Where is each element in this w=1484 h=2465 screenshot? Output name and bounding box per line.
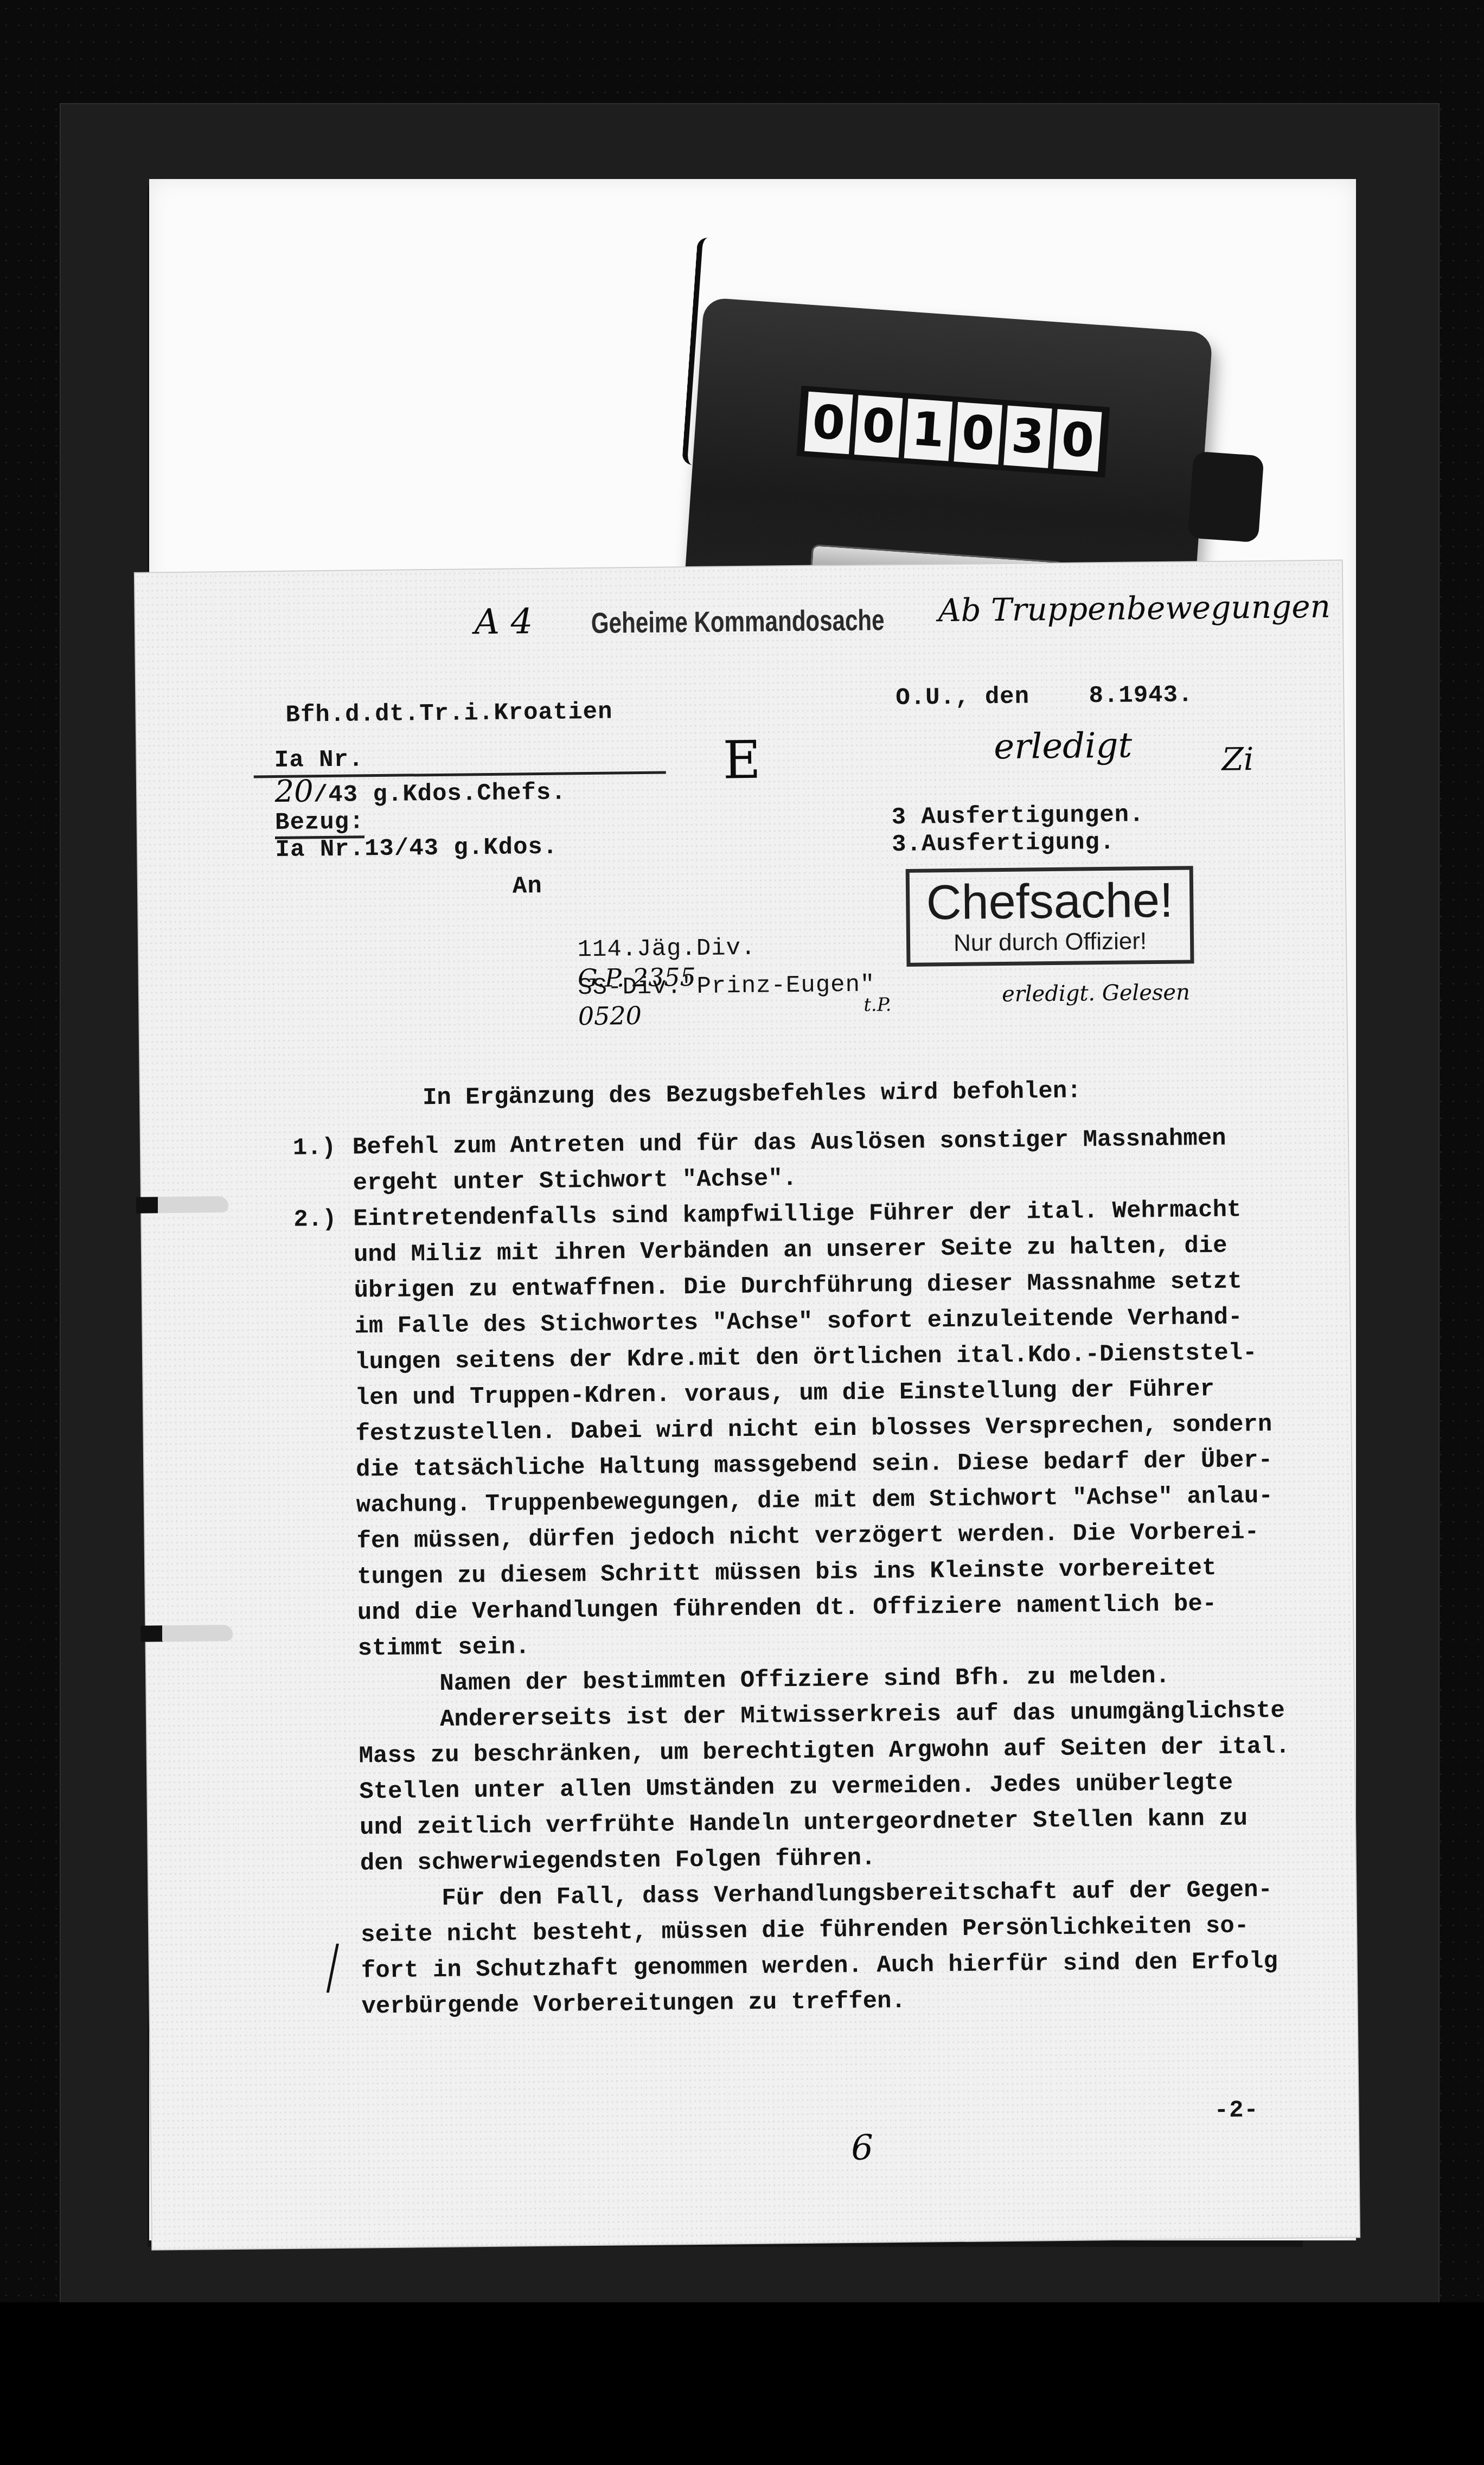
counter-digit: 0	[954, 402, 1002, 464]
file-mark: A 4	[474, 602, 533, 642]
paper-clip-icon	[140, 1625, 233, 1642]
counter-digit: 0	[804, 392, 853, 454]
body-line-text: und die Verhandlungen führenden dt. Offi…	[357, 1591, 1217, 1627]
copies-total: 3 Ausfertigungen.	[891, 801, 1144, 831]
copies-this: 3.Ausfertigung.	[892, 829, 1115, 858]
addressee-label: An	[513, 873, 542, 901]
body-line-text: übrigen zu entwaffnen. Die Durchführung …	[354, 1268, 1242, 1304]
counter-cable	[682, 237, 719, 466]
counter-digit: 0	[1053, 409, 1102, 471]
counter-digit: 3	[1003, 406, 1052, 468]
reference-prefix: Ia Nr.	[274, 746, 364, 774]
body-text: 1.)Befehl zum Antreten und für das Auslö…	[353, 1120, 1338, 2025]
body-line-text: len und Truppen-Kdren. voraus, um die Ei…	[355, 1376, 1215, 1412]
stamp-handwritten-note: erledigt. Gelesen	[1002, 980, 1190, 1007]
sender: Bfh.d.dt.Tr.i.Kroatien	[285, 699, 612, 729]
bezug-value: Ia Nr.13/43 g.Kdos.	[275, 834, 558, 864]
body-line-text: im Falle des Stichwortes "Achse" sofort …	[354, 1304, 1243, 1340]
body-line-text: wachung. Truppenbewegungen, die mit dem …	[356, 1483, 1273, 1519]
handwritten-erledigt: erledigt	[994, 726, 1133, 768]
film-bottom-edge	[0, 2302, 1484, 2465]
counter-digit: 0	[854, 395, 903, 457]
bezug-label: Bezug:	[275, 808, 364, 839]
body-line-text: Eintretendenfalls sind kampfwillige Führ…	[353, 1196, 1242, 1232]
paper-clip-icon	[136, 1196, 228, 1214]
handwritten-page-number: 6	[851, 2128, 873, 2168]
body-line-text: ergeht unter Stichwort "Achse".	[353, 1165, 797, 1197]
item-number: 1.)	[293, 1130, 336, 1166]
next-page-marker: -2-	[1214, 2097, 1259, 2124]
handwritten-tp: t.P.	[863, 994, 892, 1016]
body-line-text: fen müssen, dürfen jedoch nicht verzöger…	[356, 1518, 1259, 1555]
numbered-items: 1.)Befehl zum Antreten und für das Auslö…	[353, 1120, 1334, 1667]
handwritten-note: Ab Truppenbewegungen	[938, 588, 1331, 629]
document-page: A 4 Geheime Kommandosache Ab Truppenbewe…	[135, 560, 1359, 2249]
handwritten-initials: Zi	[1221, 740, 1254, 778]
body-intro: In Ergänzung des Bezugsbefehles wird bef…	[423, 1074, 1082, 1116]
body-paragraphs: Namen der bestimmten Offiziere sind Bfh.…	[358, 1657, 1338, 2025]
body-line-text: die tatsächliche Haltung massgebend sein…	[356, 1447, 1272, 1484]
body-line-text: lungen seitens der Kdre.mit den örtliche…	[355, 1339, 1257, 1376]
recipient-name: SS-Div."Prinz-Eugen"	[578, 971, 875, 1001]
item-number: 2.)	[293, 1202, 337, 1238]
counter-digit: 1	[904, 399, 952, 461]
recipient-handwritten: 0520	[578, 1001, 642, 1031]
classification-stamp: Geheime Kommandosache	[591, 603, 885, 640]
body-line-text: festzustellen. Dabei wird nicht ein blos…	[355, 1411, 1272, 1448]
recipient-name: 114.Jäg.Div.	[577, 935, 756, 963]
body-line-text: tungen zu diesem Schritt müssen bis ins …	[357, 1555, 1217, 1591]
reference-line: Ia Nr. 20/43 g.Kdos.Chefs.	[253, 733, 666, 778]
body-line-text: stimmt sein.	[357, 1633, 529, 1662]
bezug-line: Bezug: Ia Nr.13/43 g.Kdos.	[254, 797, 558, 874]
counter-knob	[1188, 451, 1264, 543]
body-line-text: und Miliz mit ihren Verbänden an unserer…	[354, 1232, 1227, 1269]
checkmark-icon	[327, 1944, 361, 1993]
chefsache-stamp: Chefsache! Nur durch Offizier!	[906, 866, 1194, 967]
stamp-title: Chefsache!	[910, 873, 1190, 930]
place-date: O.U., den 8.1943.	[895, 681, 1193, 712]
counter-display: 0 0 1 0 3 0	[796, 386, 1110, 477]
body-line-text: Befehl zum Antreten und für das Auslösen…	[353, 1125, 1226, 1161]
handwritten-e: E	[722, 730, 761, 791]
stamp-subtitle: Nur durch Offizier!	[910, 927, 1190, 957]
addressee-2: SS-Div."Prinz-Eugen" 0520	[556, 961, 875, 1040]
